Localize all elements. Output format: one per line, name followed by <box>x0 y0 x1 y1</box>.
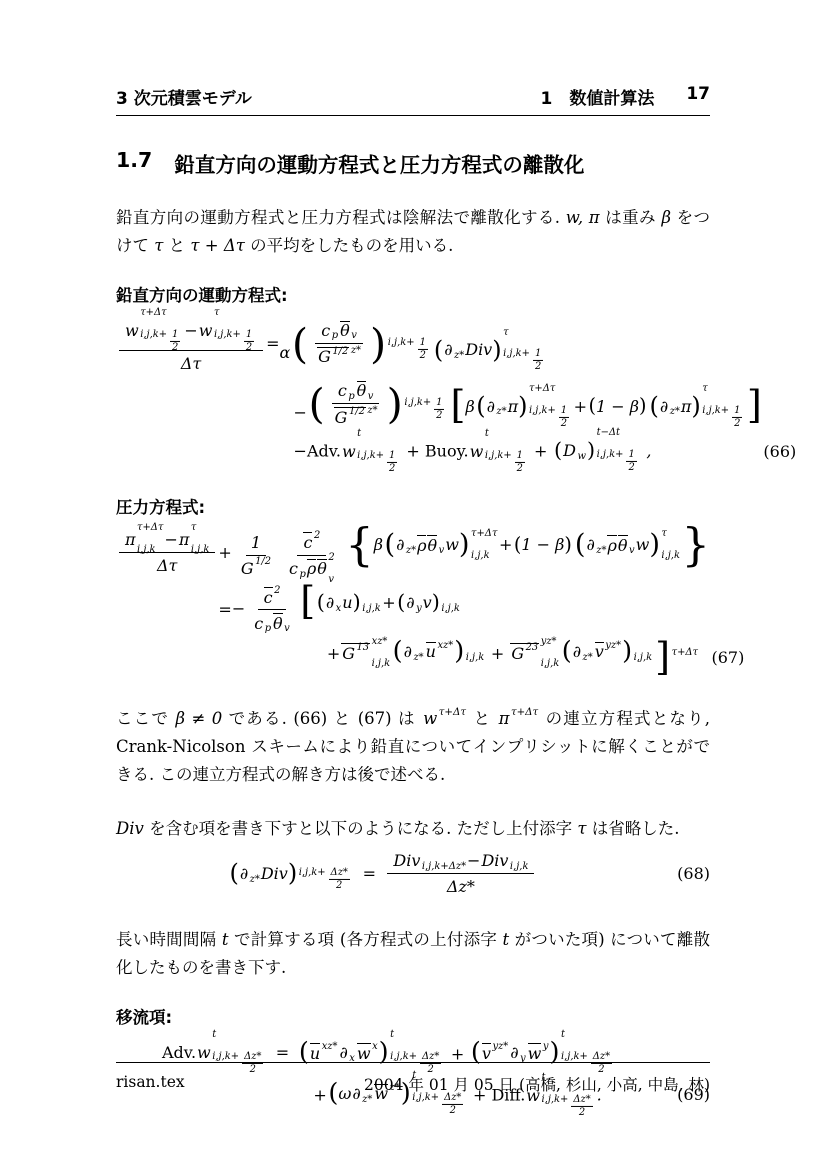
overline: θ <box>357 381 367 400</box>
math-italic: Δτ <box>157 556 177 575</box>
overline: w <box>528 1043 542 1062</box>
math-base: θ <box>340 321 350 340</box>
math-italic: ∂ <box>444 340 452 359</box>
math-scripted: Divi,j,k <box>481 851 528 870</box>
math-base: Div <box>393 851 420 870</box>
superscript: 2 <box>274 586 280 596</box>
superscript: 2 <box>314 531 320 541</box>
math-italic: G <box>335 410 348 427</box>
equation-lhs: wτ+Δτi,j,k+12 − wτi,j,k+12Δτ <box>116 310 266 377</box>
math-base: π <box>179 530 190 549</box>
math-scripted: G13xz*i,j,k <box>341 643 390 663</box>
math-italic: 1 − β <box>521 535 564 554</box>
math-scripts: τ+Δτ <box>511 714 538 724</box>
math-italic: α <box>280 343 291 362</box>
math-italic: 2 <box>172 343 178 353</box>
open-delimiter: ( <box>317 594 325 612</box>
subscript: v <box>368 391 374 401</box>
math-group-body: ∂z*Div <box>443 340 492 359</box>
equation-row: wτ+Δτi,j,k+12 − wτi,j,k+12Δτ=α(cpθvG1/2z… <box>116 310 796 377</box>
math-italic: x <box>372 1042 378 1052</box>
equation-number: (67) <box>711 637 744 679</box>
math-base: ∂ <box>660 397 668 416</box>
numerator: wτ+Δτi,j,k+12 − wτi,j,k+12 <box>119 314 263 351</box>
math-italic: w <box>197 1043 211 1062</box>
math-italic: θ <box>273 616 283 633</box>
math-base: w <box>199 321 213 340</box>
math-italic: 1 <box>389 451 395 461</box>
superscript: τ <box>214 308 257 318</box>
math-roman: Adv. <box>307 442 341 461</box>
footer-rule <box>116 1062 710 1063</box>
math-italic: v <box>284 624 290 634</box>
math-italic: + <box>382 593 395 612</box>
superscript: τ <box>702 384 745 394</box>
math-base: w <box>342 442 356 461</box>
math-scripts: z* <box>413 647 423 657</box>
math-italic: τ+Δτ <box>529 384 555 394</box>
math-scripts: x <box>336 598 342 608</box>
math-scripts: x <box>349 1048 355 1058</box>
close-delimiter: ) <box>454 641 464 663</box>
math-italic: i,j,k <box>471 551 490 561</box>
denominator: G1/2z* <box>311 344 367 366</box>
math-group: [(∂xu)i,j,k + (∂yv)i,j,k <box>300 586 461 619</box>
math-scripted: θv <box>618 535 635 554</box>
math-italic: 2 <box>328 553 334 563</box>
page-number: 17 <box>686 84 710 109</box>
math-group-body: cpθvG1/2z* <box>308 321 370 367</box>
math-italic: ∂ <box>487 397 495 416</box>
math-base: D <box>563 441 576 460</box>
math-roman: Buoy. <box>425 442 469 461</box>
math-scripts: 1/2 <box>255 563 271 573</box>
numerator: 1 <box>244 330 254 342</box>
equation-68: (∂z*Div)i,j,k+Δz*2=Divi,j,k+Δz* − Divi,j… <box>116 847 710 900</box>
math-italic: xz* <box>322 1042 338 1052</box>
math-scripted: πτ+Δτi,j,k <box>125 529 163 549</box>
math-scripts: p <box>348 386 354 396</box>
math-italic: c <box>303 535 312 552</box>
subscript: z* <box>670 407 680 417</box>
subscript: v <box>439 546 445 556</box>
math-scripts: 13 <box>357 649 370 659</box>
open-delimiter: ( <box>589 398 597 414</box>
overline: θ <box>317 559 327 578</box>
math-italic: i,j,k <box>466 653 485 663</box>
math-italic: w <box>470 442 484 461</box>
math-italic: 2 <box>561 419 567 429</box>
math-italic: 1 <box>517 451 523 461</box>
math-base: G23 <box>510 643 539 662</box>
math-scripts: i,j,k+Δz*2 <box>299 862 353 885</box>
equation-number <box>763 310 796 377</box>
math-italic: G <box>318 349 331 366</box>
math-base: w <box>125 321 139 340</box>
label-advection-term: 移流項: <box>116 1004 710 1028</box>
math-italic: + <box>401 442 425 461</box>
denominator: Δτ <box>176 351 206 373</box>
superscript: τ <box>191 523 210 533</box>
math-scripts: τi,j,k+12 <box>214 314 257 347</box>
header-rule <box>116 115 710 116</box>
open-delimiter: ( <box>575 533 586 556</box>
math-scripted: θv <box>273 613 290 632</box>
math-italic: t <box>357 429 361 439</box>
math-scripted: wτ+Δτi,j,k+12 <box>125 314 183 347</box>
math-italic: θ <box>427 538 437 555</box>
math-group-body: ∂z*ρθvw <box>395 535 459 554</box>
math-italic: − <box>232 599 245 618</box>
open-delimiter: ( <box>554 442 562 460</box>
paragraph-div-terms: Div を含む項を書き下すと以下のようになる. ただし上付添字 τ は省略した. <box>116 815 710 843</box>
math-base: u <box>426 642 436 661</box>
text: 鉛直方向の運動方程式と圧力方程式は陰解法で離散化する. <box>116 208 566 227</box>
text: は重み <box>600 208 662 227</box>
text: は省略した. <box>586 819 679 838</box>
superscript: 23 <box>526 643 539 653</box>
math-italic: z* <box>454 351 464 361</box>
math-scripted: ∂y <box>406 593 421 612</box>
math-fraction: 12 <box>626 450 636 473</box>
superscript: xz* <box>372 637 391 647</box>
math-group: (∂z*uxz*)i,j,k <box>393 641 485 663</box>
math-scripts: z* <box>367 412 377 422</box>
math-group-body: ∂z*π <box>659 397 691 416</box>
math-group: (∂z*π)τ+Δτi,j,k+12 <box>476 390 572 423</box>
subscript: p <box>300 570 306 580</box>
superscript: τ+Δτ <box>529 384 572 394</box>
equation-row: =−c2cpθv[(∂xu)i,j,k + (∂yv)i,j,k <box>116 582 744 636</box>
math-italic: 1 <box>420 338 426 348</box>
numerator: 1 <box>559 406 569 418</box>
superscript: t <box>357 429 400 439</box>
overline: c <box>264 587 273 606</box>
math-scripts: ti,j,k+12 <box>485 435 528 468</box>
math-base: θ <box>427 535 437 554</box>
subscript: i,j,k+12 <box>140 330 183 353</box>
math-scripted: θv <box>427 535 444 554</box>
subscript: i,j,k <box>661 551 680 561</box>
math-base: w <box>423 705 437 733</box>
math-italic: i,j,k+ <box>542 1095 569 1118</box>
math-scripted: ∂z* <box>573 642 593 661</box>
page-header: 3 次元積雲モデル 1 数値計算法 17 <box>116 84 710 109</box>
numerator: c2 <box>297 532 326 555</box>
math-scripted: ∂z* <box>444 340 464 359</box>
math-italic: + <box>486 644 510 663</box>
math-scripted: wτi,j,k+12 <box>199 314 257 347</box>
math-scripts: y <box>520 1048 526 1058</box>
math-italic: yz* <box>492 1042 508 1052</box>
subscript: i,j,k+12 <box>214 330 257 353</box>
math-fraction: 12 <box>434 398 444 421</box>
math-scripts: yz* <box>492 1048 508 1058</box>
math-italic: 1/2 <box>332 347 348 357</box>
subscript: i,j,k+Δz*2 <box>412 1093 466 1116</box>
equation-67: πτ+Δτi,j,k − πτi,j,kΔτ+1G1/2c2cpρθ2v{β(∂… <box>116 522 710 679</box>
equation-relation: = <box>266 310 279 377</box>
math-scripted: θ2v <box>317 559 334 579</box>
math-italic: Δz* <box>422 1052 439 1062</box>
math-scripted: vyz* <box>595 642 621 661</box>
denominator: G1/2 <box>235 556 277 578</box>
math-italic: Δz* <box>447 877 475 896</box>
equation-rhs: α(cpθvG1/2z*)i,j,k+12(∂z*Div)τi,j,k+12 <box>280 310 764 377</box>
math-italic: i,j,k+ <box>702 406 729 429</box>
math-italic: i,j,k+ <box>412 1093 439 1116</box>
subscript: p <box>348 391 354 401</box>
math-italic: Δz* <box>593 1052 610 1062</box>
math-scripts: 2 <box>314 537 320 547</box>
math-italic: π <box>508 397 519 416</box>
text: ここで <box>116 709 175 728</box>
math-base: c <box>289 559 298 578</box>
close-delimiter: ) <box>549 1042 559 1064</box>
subscript: i,j,k <box>471 551 497 561</box>
superscript: t <box>561 1030 615 1040</box>
text: を含む項を書き下すと以下のようになる. ただし上付添字 <box>144 819 577 838</box>
numerator: Δz* <box>329 868 350 880</box>
math-italic: v <box>351 331 357 341</box>
denominator: 2 <box>170 342 180 353</box>
math-scripted: ∂z* <box>396 535 416 554</box>
subscript: y <box>416 604 422 614</box>
math-group: (∂z*vyz*)i,j,k <box>562 641 652 663</box>
superscript: x <box>372 1042 378 1052</box>
math-italic: + <box>327 644 340 663</box>
math-italic: ρ <box>307 561 316 578</box>
math-group: (∂yv)i,j,k <box>397 593 460 612</box>
math-italic: 1 <box>535 349 541 359</box>
math-scripted: G13 <box>342 646 369 663</box>
superscript: 13 <box>357 643 370 653</box>
math-base: w <box>357 1043 371 1062</box>
math-italic: i,j,k <box>191 545 210 555</box>
subscript: w <box>578 452 586 462</box>
overline: G23 <box>510 643 539 662</box>
superscript: y <box>543 1042 549 1052</box>
math-scripts: i,j,k <box>466 647 485 657</box>
numerator: cpθv <box>332 381 380 404</box>
math-italic: 2 <box>579 1108 585 1118</box>
math-scripted: cp <box>289 559 306 578</box>
math-fraction: 12 <box>418 338 428 361</box>
math-italic: p <box>332 331 338 341</box>
math-italic: y <box>543 1042 549 1052</box>
math-scripts: y <box>543 1048 549 1058</box>
math-italic: x <box>336 604 342 614</box>
subscript: i,j,k+12 <box>404 398 447 421</box>
math-italic: ∂ <box>573 642 581 661</box>
subscript: i,j,k <box>510 862 529 872</box>
math-scripted: wx <box>357 1043 378 1062</box>
math-scripts: τi,j,k+12 <box>702 390 745 423</box>
math-scripts: t−Δti,j,k+12 <box>597 434 640 467</box>
math-group-body: (∂xu)i,j,k + (∂yv)i,j,k <box>315 593 461 612</box>
denominator: 2 <box>533 361 543 372</box>
math-scripts: xz*i,j,k <box>372 643 391 663</box>
math-fraction: cpθvG1/2z* <box>328 381 384 427</box>
numerator: c2 <box>258 587 287 610</box>
math-base: ∂ <box>487 397 495 416</box>
math-italic: z* <box>496 407 506 417</box>
math-scripts: i,j,k+12 <box>388 332 431 355</box>
math-italic: β <box>465 397 474 416</box>
math-italic: π <box>499 705 510 733</box>
page-footer: risan.tex 2004 年 01 月 05 日 (高橋, 杉山, 小高, … <box>116 1062 710 1095</box>
overline: v <box>595 642 604 661</box>
math-scripts: 2 <box>274 592 280 602</box>
math-italic: i,j,k <box>634 653 653 663</box>
numerator: 1 <box>626 450 636 462</box>
subscript: i,j,k+12 <box>597 450 640 473</box>
open-delimiter: ( <box>308 386 324 421</box>
math-italic: τ <box>661 529 666 539</box>
math-scripts: i,j,k <box>362 598 381 608</box>
numerator: 1 <box>387 451 397 463</box>
math-scripted: G1/2 <box>241 559 271 578</box>
math-base: c <box>321 321 330 340</box>
math-group-body: ∂z*uxz* <box>403 642 455 661</box>
equation-rhs: −Adv.wti,j,k+12 + Buoy.wti,j,k+12 + (Dw)… <box>280 430 764 471</box>
overline: θ <box>618 535 628 554</box>
denominator: cpρθ2v <box>283 556 341 579</box>
close-delimiter: ) <box>353 594 361 612</box>
math-italic: ∂ <box>326 593 334 612</box>
math-italic: ρ <box>417 538 426 555</box>
math-fraction: 12 <box>533 349 543 372</box>
math-scripts: τ+Δτi,j,k <box>137 529 163 549</box>
footer-filename: risan.tex <box>116 1073 185 1095</box>
math-italic: Δz* <box>573 1095 590 1105</box>
math-scripted: ∂z* <box>487 397 507 416</box>
math-italic: β ≠ 0 <box>175 709 222 728</box>
math-group: [β(∂z*π)τ+Δτi,j,k+12 + (1 − β)(∂z*π)τi,j… <box>450 390 761 423</box>
math-italic: + <box>574 397 587 416</box>
math-scripts: τ+Δτ <box>439 714 466 724</box>
math-italic: z* <box>362 1094 372 1104</box>
math-fraction: Δz*2 <box>442 1093 463 1116</box>
numerator: 1 <box>418 338 428 350</box>
section-number: 1.7 <box>116 148 152 178</box>
close-delimiter: ) <box>691 396 700 416</box>
math-group-body: uxz*∂xwx <box>309 1043 379 1062</box>
math-scripts: xz* <box>437 647 453 657</box>
equation-table: πτ+Δτi,j,k − πτi,j,kΔτ+1G1/2c2cpρθ2v{β(∂… <box>116 522 744 679</box>
math-italic: 1 <box>628 450 634 460</box>
superscript: xz* <box>437 641 453 651</box>
math-scripted: G23 <box>511 646 538 663</box>
equation-row: πτ+Δτi,j,k − πτi,j,kΔτ+1G1/2c2cpρθ2v{β(∂… <box>116 522 744 583</box>
equation-table: (∂z*Div)i,j,k+Δz*2=Divi,j,k+Δz* − Divi,j… <box>228 847 710 900</box>
subscript: i,j,k+Δz*2 <box>542 1095 596 1118</box>
open-delimiter: [ <box>450 390 465 423</box>
numerator: 1 <box>732 406 742 418</box>
equation-rhs: 1G1/2c2cpρθ2v{β(∂z*ρθvw)τ+Δτi,j,k + (1 −… <box>232 522 712 583</box>
math-italic: u <box>342 593 352 612</box>
subscript: i,j,k+12 <box>529 406 572 429</box>
math-scripts: τi,j,k <box>191 529 210 549</box>
math-italic: z* <box>596 546 606 556</box>
subscript: i,j,k <box>372 659 391 669</box>
math-scripts: yz*i,j,k <box>541 643 560 663</box>
close-delimiter: ) <box>587 442 595 460</box>
math-italic: ∂ <box>396 535 404 554</box>
subscript: i,j,k <box>191 545 210 555</box>
math-scripted: wti,j,k+12 <box>470 435 528 468</box>
math-scripted: θv <box>357 381 374 400</box>
subscript: i,j,k+12 <box>388 338 431 361</box>
math-scripts: w <box>578 446 586 456</box>
subscript: z* <box>596 546 606 556</box>
math-italic: Div <box>481 851 508 870</box>
math-italic: i,j,k <box>661 551 680 561</box>
open-delimiter: [ <box>300 586 315 619</box>
math-scripts: ti,j,k+12 <box>357 435 400 468</box>
superscript: 2 <box>328 553 334 563</box>
close-delimiter: ) <box>639 398 647 414</box>
math-scripts: x <box>372 1048 378 1058</box>
math-italic: ∂ <box>660 397 668 416</box>
math-scripts: xz* <box>322 1048 338 1058</box>
math-base: w <box>528 1043 542 1062</box>
math-italic: i,j,k <box>441 604 460 614</box>
footer-row: risan.tex 2004 年 01 月 05 日 (高橋, 杉山, 小高, … <box>116 1073 710 1095</box>
math-italic: τ <box>503 328 508 338</box>
equation-row: −(cpθvG1/2z*)i,j,k+12[β(∂z*π)τ+Δτi,j,k+1… <box>116 377 796 431</box>
subscript: i,j,k+12 <box>357 451 400 474</box>
math-italic: Div <box>465 340 492 359</box>
document-page: 3 次元積雲モデル 1 数値計算法 17 1.7 鉛直方向の運動方程式と圧力方程… <box>0 0 826 1169</box>
close-delimiter: ) <box>432 594 440 612</box>
math-italic: t <box>561 1030 565 1040</box>
subscript: i,j,k+Δz*2 <box>299 868 353 891</box>
math-italic: 2 <box>450 1106 456 1116</box>
label-vertical-momentum-equation: 鉛直方向の運動方程式: <box>116 282 710 306</box>
math-scripted: c2 <box>264 587 281 606</box>
math-italic: θ <box>340 323 350 340</box>
math-italic: ∂ <box>240 864 248 883</box>
math-italic: v <box>439 546 445 556</box>
math-group-body: ∂z*π <box>486 397 518 416</box>
equation-number <box>763 377 796 431</box>
open-delimiter: ( <box>471 1042 481 1064</box>
open-delimiter: ( <box>393 641 403 663</box>
math-group: (cpθvG1/2z*)i,j,k+12 <box>308 381 447 427</box>
math-italic: w <box>357 1046 371 1063</box>
close-delimiter: } <box>681 526 710 564</box>
math-italic: p <box>265 624 271 634</box>
math-scripted: G23yz*i,j,k <box>510 643 559 663</box>
math-italic: z* <box>367 406 377 416</box>
math-italic: v <box>482 1046 491 1063</box>
math-scripts: i,j,k+12 <box>404 392 447 415</box>
superscript: t <box>390 1030 444 1040</box>
close-delimiter: ) <box>379 1042 389 1064</box>
math-italic: p <box>348 391 354 401</box>
math-italic: − <box>294 442 307 461</box>
equation-relation <box>218 637 231 679</box>
superscript: τ+Δτ <box>672 648 698 658</box>
subscript: z* <box>362 1094 372 1104</box>
math-base: u <box>310 1043 320 1062</box>
math-base: G1/2 <box>317 347 349 366</box>
open-delimiter: ( <box>650 396 659 416</box>
math-scripts: z* <box>596 540 606 550</box>
math-base: ∂ <box>586 535 594 554</box>
overline: ρ <box>417 535 426 554</box>
